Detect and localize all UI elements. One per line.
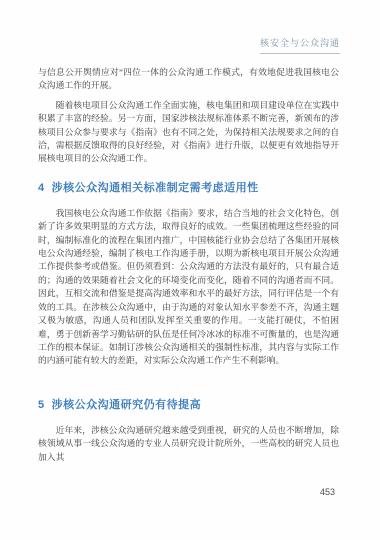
section-heading-5: 5涉核公众沟通研究仍有待提高 bbox=[38, 398, 339, 412]
section-number: 5 bbox=[38, 399, 45, 411]
running-header: 核安全与公众沟通 bbox=[260, 36, 340, 54]
paragraph-continuation: 与信息公开舆情应对”四位一体的公众沟通工作模式，有效地促进我国核电公众沟通工作的… bbox=[38, 66, 339, 93]
section-heading-4: 4涉核公众沟通相关标准制定需考虑适用性 bbox=[38, 181, 339, 195]
paragraph-section4-body: 我国核电公众沟通工作依据《指南》要求，结合当地的社会文化特色，创新了许多效果明显… bbox=[38, 207, 339, 368]
section-title: 涉核公众沟通相关标准制定需考虑适用性 bbox=[52, 182, 259, 194]
section-number: 4 bbox=[38, 182, 45, 194]
paragraph-guide-revision: 随着核电项目公众沟通工作全面实施，核电集团和项目建设单位在实践中积累了丰富的经验… bbox=[38, 99, 339, 166]
page-number: 453 bbox=[320, 487, 335, 497]
section-title: 涉核公众沟通研究仍有待提高 bbox=[52, 399, 202, 411]
running-header-text: 核安全与公众沟通 bbox=[260, 38, 340, 48]
page-content: 与信息公开舆情应对”四位一体的公众沟通工作模式，有效地促进我国核电公众沟通工作的… bbox=[38, 66, 339, 470]
book-page: 核安全与公众沟通 与信息公开舆情应对”四位一体的公众沟通工作模式，有效地促进我国… bbox=[0, 0, 380, 540]
paragraph-section5-body: 近年来，涉核公众沟通研究越来越受到重视，研究的人员也不断增加，除核领域从事一线公… bbox=[38, 424, 339, 464]
